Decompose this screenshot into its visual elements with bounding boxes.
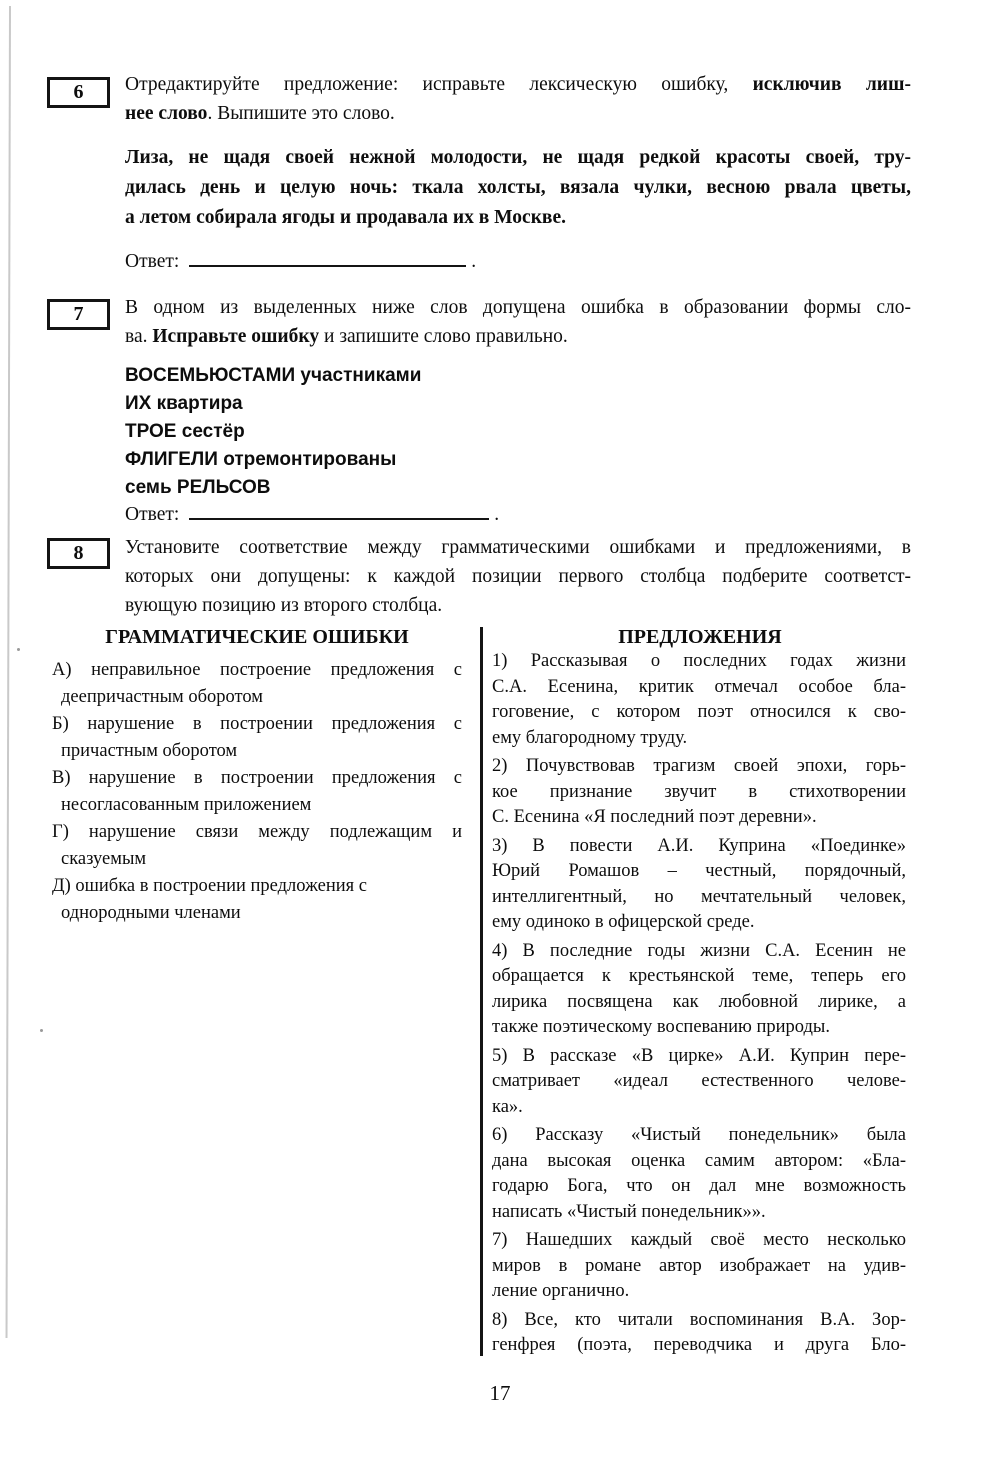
grammar-error-item: Г) нарушение связи между подлежащим и ск… <box>52 819 462 873</box>
sentence-line: 5) В рассказе «В цирке» А.И. Куприн пере… <box>492 1044 906 1070</box>
scan-artifact-dot <box>40 1029 43 1032</box>
item-line: несогласованным приложением <box>52 792 462 819</box>
task7-instruction: В одном из выделенных ниже слов допущена… <box>125 293 911 351</box>
scan-artifact-dot <box>17 648 20 651</box>
left-column-header: ГРАММАТИЧЕСКИЕ ОШИБКИ <box>52 626 462 649</box>
item-line: причастным оборотом <box>52 738 462 765</box>
column-divider <box>480 627 483 1356</box>
answer-blank-line <box>189 250 466 267</box>
task6-sentence: Лиза, не щадя своей нежной молодости, не… <box>125 143 911 233</box>
sentence-line: Юрий Ромашов – честный, порядочный, <box>492 859 906 885</box>
sentence-item: 1) Рассказывая о последних годах жизни С… <box>492 649 906 751</box>
grammar-error-item: А) неправильное построение предложения с… <box>52 657 462 711</box>
instruction-text: ва. <box>125 326 152 347</box>
item-line: А) неправильное построение предложения с <box>52 657 462 684</box>
sentence-line: ление органично. <box>492 1279 906 1305</box>
task7-number: 7 <box>74 303 84 326</box>
task7-option: ФЛИГЕЛИ отремонтированы <box>125 446 825 474</box>
sentence-item: 4) В последние годы жизни С.А. Есенин не… <box>492 939 906 1041</box>
task8-instruction-line: Установите соответствие между грамматиче… <box>125 533 911 562</box>
answer-blank-line <box>189 503 489 520</box>
task8-instruction: Установите соответствие между грамматиче… <box>125 533 911 620</box>
sentence-line: генфрея (поэта, переводчика и друга Бло- <box>492 1333 906 1359</box>
sentence-item: 8) Все, кто читали воспоминания В.А. Зор… <box>492 1308 906 1359</box>
task7-option: семь РЕЛЬСОВ <box>125 474 825 502</box>
sentence-item: 2) Почувствовав трагизм своей эпохи, гор… <box>492 754 906 831</box>
sentence-line: гоговение, с котором поэт относился к св… <box>492 700 906 726</box>
sentence-line: ему одиноко в офицерской среде. <box>492 910 906 936</box>
task7-option: ВОСЕМЬЮСТАМИ участниками <box>125 362 825 390</box>
task7-options-list: ВОСЕМЬЮСТАМИ участниками ИХ квартира ТРО… <box>125 362 825 502</box>
task8-instruction-line: вующую позицию из второго столбца. <box>125 591 911 620</box>
grammar-error-item: В) нарушение в построении предложения с … <box>52 765 462 819</box>
sentence-item: 5) В рассказе «В цирке» А.И. Куприн пере… <box>492 1044 906 1121</box>
sentence-line: 1) Рассказывая о последних годах жизни <box>492 649 906 675</box>
item-line: В) нарушение в построении предложения с <box>52 765 462 792</box>
task7-instruction-line: В одном из выделенных ниже слов допущена… <box>125 293 911 322</box>
task8-number: 8 <box>74 542 84 565</box>
task7-answer-row: Ответ:. <box>125 503 499 533</box>
grammar-errors-list: А) неправильное построение предложения с… <box>52 657 462 927</box>
instruction-text-bold: Исправьте ошибку <box>152 326 319 347</box>
task6-number: 6 <box>74 81 84 104</box>
task6-instruction-line: Отредактируйте предложение: исправьте ле… <box>125 70 911 99</box>
task6-sentence-line: а летом собирала ягоды и продавала их в … <box>125 203 911 233</box>
sentence-line: 7) Нашедших каждый своё место несколько <box>492 1228 906 1254</box>
sentence-line: 8) Все, кто читали воспоминания В.А. Зор… <box>492 1308 906 1334</box>
sentence-line: также поэтическому воспеванию природы. <box>492 1015 906 1041</box>
item-line: однородными членами <box>52 900 462 927</box>
sentence-line: 6) Рассказу «Чистый понедельник» была <box>492 1123 906 1149</box>
sentence-line: 4) В последние годы жизни С.А. Есенин не <box>492 939 906 965</box>
sentence-line: написать «Чистый понедельник»». <box>492 1200 906 1226</box>
sentence-line: лирика посвящена как любовной лирике, а <box>492 990 906 1016</box>
answer-period: . <box>471 251 476 272</box>
instruction-text: и запишите слово правильно. <box>319 326 568 347</box>
task7-option: ИХ квартира <box>125 390 825 418</box>
answer-period: . <box>494 504 499 525</box>
sentences-list: 1) Рассказывая о последних годах жизни С… <box>492 649 906 1362</box>
sentence-line: дана высокая оценка самим автором: «Бла- <box>492 1149 906 1175</box>
task7-option: ТРОЕ сестёр <box>125 418 825 446</box>
answer-label: Ответ: <box>125 504 179 525</box>
instruction-text: Отредактируйте предложение: исправьте ле… <box>125 74 753 95</box>
scan-artifact-line <box>6 6 11 1338</box>
sentence-line: обращается к крестьянской теме, теперь е… <box>492 964 906 990</box>
task7-number-box: 7 <box>47 299 110 330</box>
sentence-line: миров в романе автор изображает на удив- <box>492 1254 906 1280</box>
task6-instruction: Отредактируйте предложение: исправьте ле… <box>125 70 911 128</box>
task6-sentence-line: дилась день и целую ночь: ткала холсты, … <box>125 173 911 203</box>
item-line: сказуемым <box>52 846 462 873</box>
sentence-line: 2) Почувствовав трагизм своей эпохи, гор… <box>492 754 906 780</box>
sentence-line: ка». <box>492 1095 906 1121</box>
task6-number-box: 6 <box>47 77 110 108</box>
sentence-item: 7) Нашедших каждый своё место несколько … <box>492 1228 906 1305</box>
instruction-text-bold: исключив лиш- <box>753 74 911 95</box>
sentence-line: сматривает «идеал естественного челове- <box>492 1069 906 1095</box>
item-line: Б) нарушение в построении предложения с <box>52 711 462 738</box>
sentence-line: кое признание звучит в стихотворении <box>492 780 906 806</box>
sentence-line: годарю Бога, что он дал мне возможность <box>492 1174 906 1200</box>
sentence-line: 3) В повести А.И. Куприна «Поединке» <box>492 834 906 860</box>
sentence-line: интеллигентный, но мечтательный человек, <box>492 885 906 911</box>
answer-label: Ответ: <box>125 251 179 272</box>
sentence-item: 3) В повести А.И. Куприна «Поединке» Юри… <box>492 834 906 936</box>
grammar-error-item: Б) нарушение в построении предложения с … <box>52 711 462 765</box>
item-line: Г) нарушение связи между подлежащим и <box>52 819 462 846</box>
sentence-line: С.А. Есенина, критик отмечал особое бла- <box>492 675 906 701</box>
instruction-text-bold: нее слово <box>125 103 207 124</box>
sentence-item: 6) Рассказу «Чистый понедельник» была да… <box>492 1123 906 1225</box>
task8-number-box: 8 <box>47 538 110 569</box>
item-line: Д) ошибка в построении предложения с <box>52 873 462 900</box>
task7-instruction-line: ва. Исправьте ошибку и запишите слово пр… <box>125 322 911 351</box>
task6-instruction-line: нее слово. Выпишите это слово. <box>125 99 911 128</box>
page-number: 17 <box>0 1381 1000 1406</box>
task6-sentence-line: Лиза, не щадя своей нежной молодости, не… <box>125 143 911 173</box>
instruction-text: . Выпишите это слово. <box>207 103 394 124</box>
task6-answer-row: Ответ:. <box>125 250 476 280</box>
right-column-header: ПРЕДЛОЖЕНИЯ <box>492 626 908 649</box>
grammar-error-item: Д) ошибка в построении предложения с одн… <box>52 873 462 927</box>
sentence-line: ему благородному труду. <box>492 726 906 752</box>
sentence-line: С. Есенина «Я последний поэт деревни». <box>492 805 906 831</box>
task8-instruction-line: которых они допущены: к каждой позиции п… <box>125 562 911 591</box>
item-line: деепричастным оборотом <box>52 684 462 711</box>
